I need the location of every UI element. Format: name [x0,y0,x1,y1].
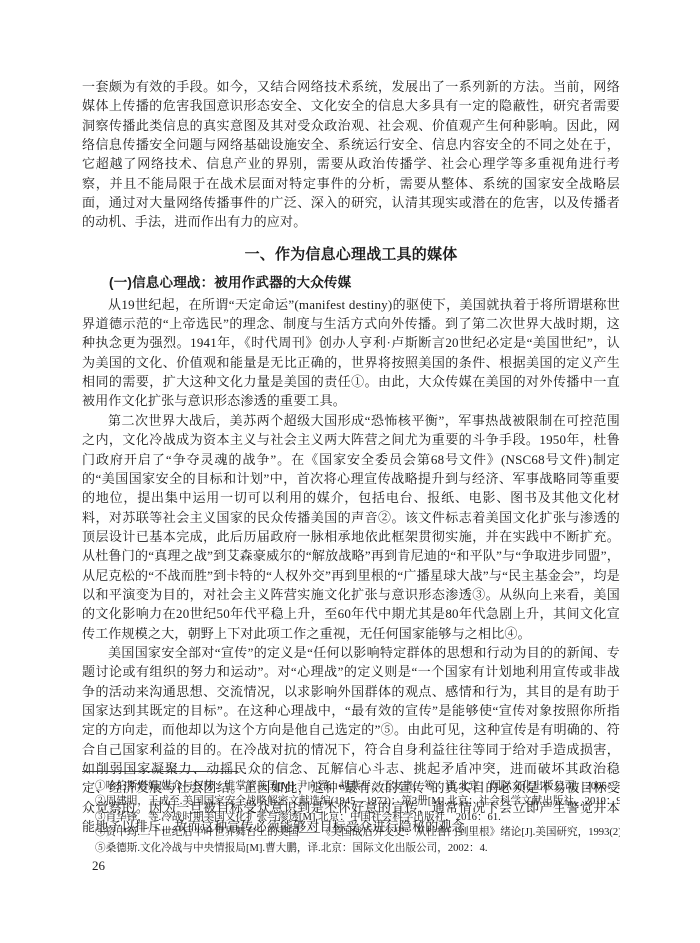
footnote-area: ①哈伯斯塔姆.媒介与权势：谁掌管美国[M].尹向泽，胡燕平，王友贵，等，译.北京… [82,771,620,856]
paragraph-continuation: 一套颇为有效的手段。如今，又结合网络技术系统，发展出了一系列新的方法。当前，网络… [82,77,620,232]
paragraph-manifest-destiny: 从19世纪起，在所谓“天定命运”(manifest destiny)的驱使下，美… [82,295,620,411]
footnote-5: ⑤桑德斯.文化冷战与中央情报局[M].曹大鹏，译.北京：国际文化出版公司，200… [82,841,620,856]
footnote-1: ①哈伯斯塔姆.媒介与权势：谁掌管美国[M].尹向泽，胡燕平，王友贵，等，译.北京… [82,779,620,794]
page-number: 26 [92,858,105,874]
footnote-separator-rule [82,771,238,772]
paragraph-cold-war: 第二次世界大战后，美苏两个超级大国形成“恐怖核平衡”，军事热战被限制在可控范围之… [82,411,620,643]
page-body: 一套颇为有效的手段。如今，又结合网络技术系统，发展出了一系列新的方法。当前，网络… [82,77,620,836]
footnote-3: ③肖华锋，等.冷战时期美国文化扩张与渗透[M].北京：中国社会科学出版社，201… [82,810,620,825]
document-page: 一套颇为有效的手段。如今，又结合网络技术系统，发展出了一系列新的方法。当前，网络… [0,0,700,943]
subsection-heading: (一)信息心理战：被用作武器的大众传媒 [82,273,620,293]
footnote-2: ②周建明，王成至.美国国家安全战略解密文献选编(1945—1972)：第3册[M… [82,794,620,809]
footnote-4: ④资中筠.二十世纪后半叶世界舞台上的美国——《美国战后外交史：从杜鲁门到里根》绪… [82,825,620,840]
section-heading: 一、作为信息心理战工具的媒体 [82,244,620,265]
